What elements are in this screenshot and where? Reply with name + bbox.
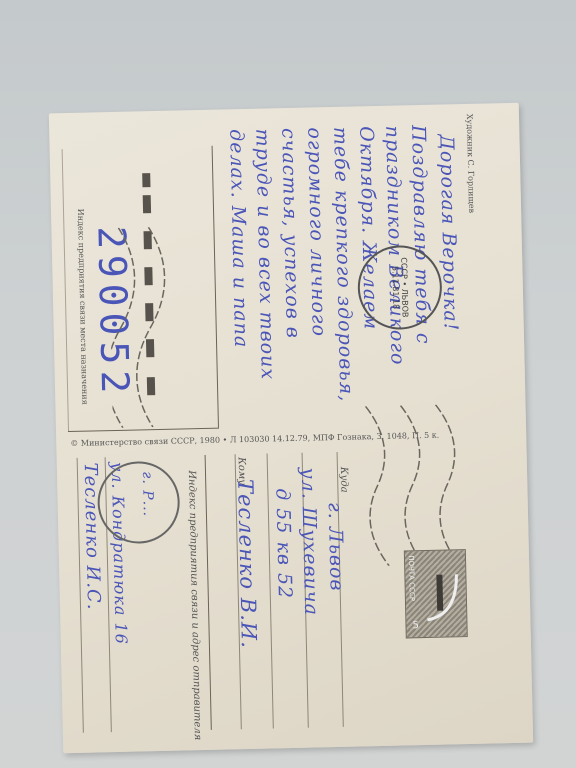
postage-stamp: ПОЧТА СССР 5: [404, 549, 468, 638]
cancellation-wave-icon: [108, 226, 193, 428]
sender-caption: Индекс предприятия связи и адрес отправи…: [186, 470, 203, 740]
postmark-text: СССР • ЛЬВОВ: [399, 257, 409, 317]
zip-frame: Индекс предприятия связи места назначени…: [62, 146, 218, 431]
message-line: огромного личного: [303, 127, 330, 337]
postmark-date: 5.11.81.18: [390, 266, 400, 309]
postcard: Индекс предприятия связи места назначени…: [49, 103, 533, 753]
message-line: тебе крепкого здоровья,: [329, 127, 357, 403]
stamp-label: ПОЧТА СССР: [407, 555, 416, 601]
cancellation-wave-icon: [346, 404, 470, 567]
address-house: д 55 кв 52: [271, 488, 296, 599]
postmark-origin: [97, 461, 181, 545]
message-line: Дорогая Верочка!: [435, 134, 461, 331]
message-line: счастья, успехов в: [277, 128, 304, 339]
hammer-sickle-icon: [421, 564, 462, 625]
address-street: ул. Шухевича: [297, 467, 322, 616]
stamp-value: 5: [412, 620, 419, 631]
zip-caption: Индекс предприятия связи места назначени…: [76, 209, 89, 405]
address-recipient: Тесленко В.И.: [233, 479, 261, 649]
address-city: г. Львов: [324, 502, 348, 592]
message-line: труде и во всех твоих: [251, 128, 279, 380]
artist-credit: Художник С. Горлищев: [465, 114, 476, 213]
message-line: делах. Маша и папа: [225, 129, 252, 349]
